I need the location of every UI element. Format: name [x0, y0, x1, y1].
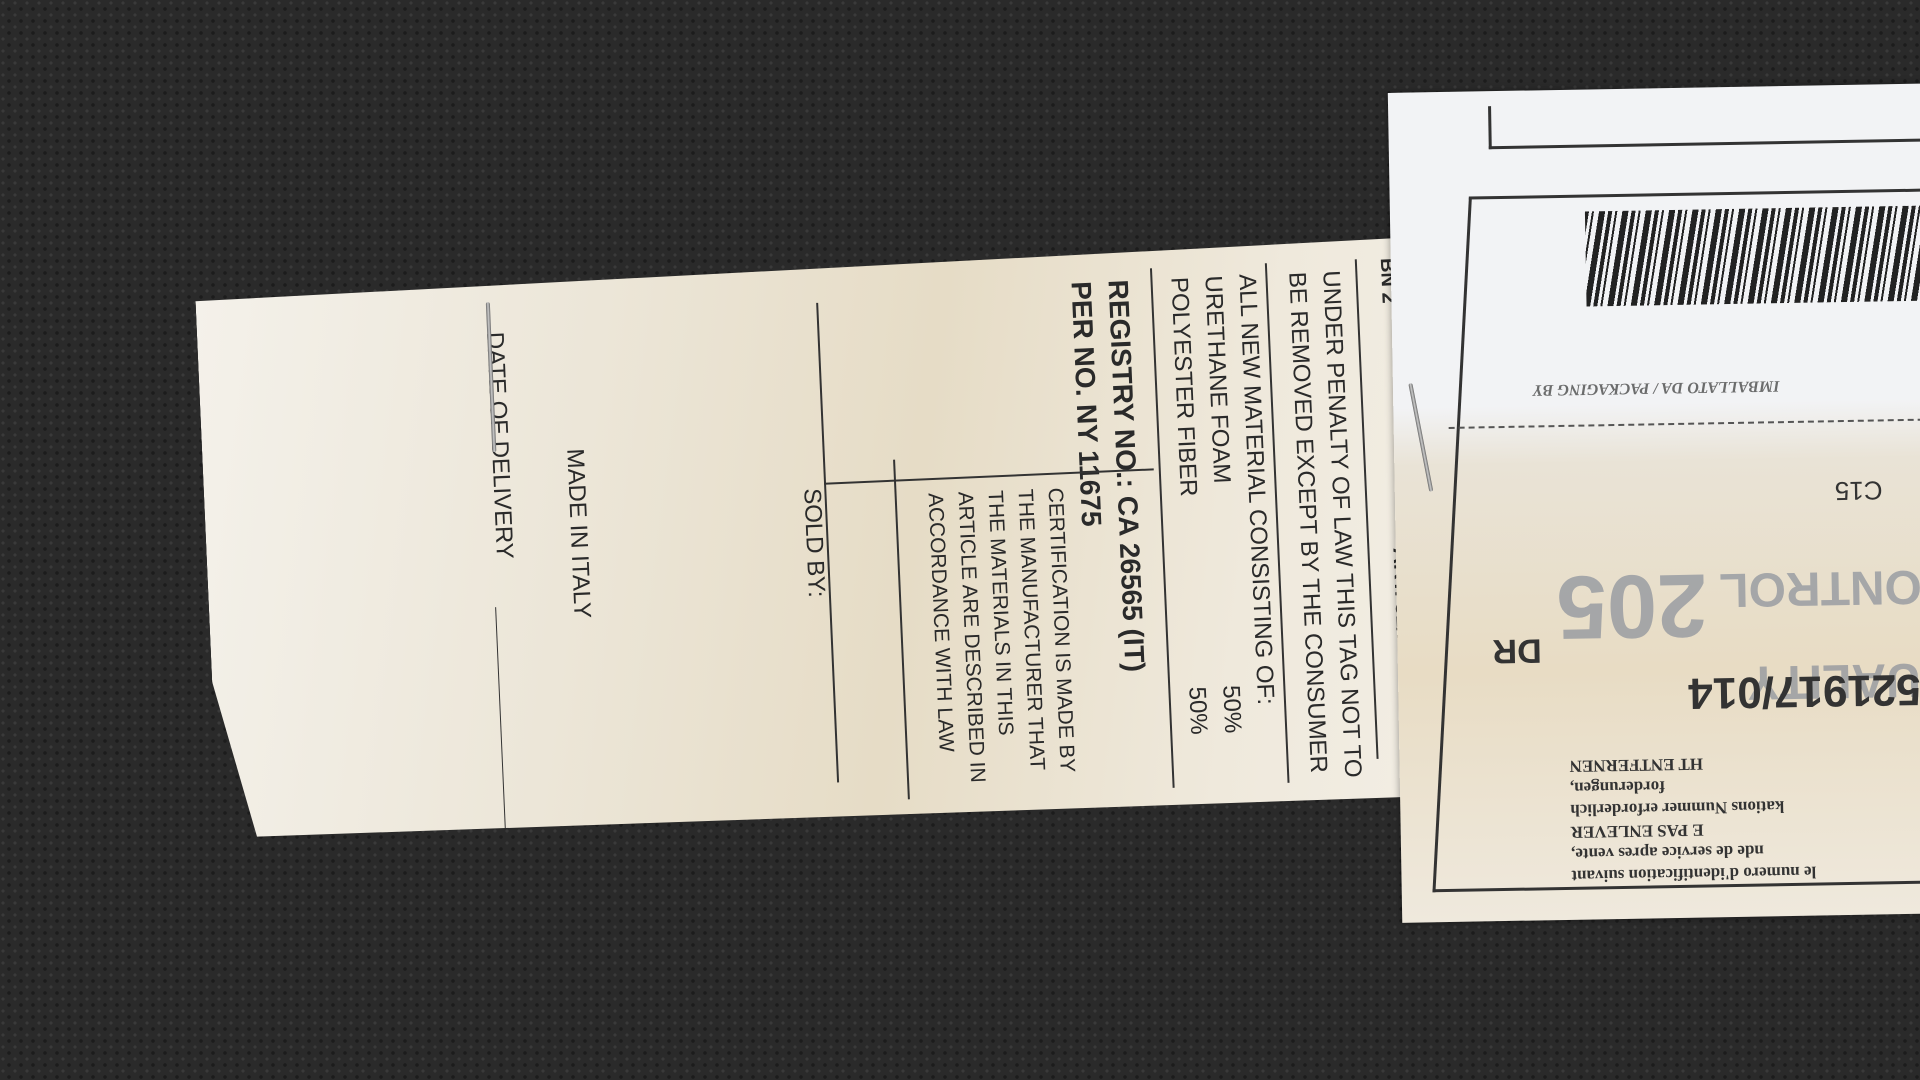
- sold-by-label: SOLD BY:: [794, 488, 833, 599]
- notice-text: le numero d'identification suivant nde d…: [1569, 749, 1920, 887]
- stamp-number: 205: [1556, 554, 1708, 657]
- material-percent: 50%: [1213, 684, 1249, 733]
- barcode-graphic: [1585, 205, 1920, 307]
- barcode-tag: IMBALLATO DA / PACKAGING BY C15 QUALITY …: [1388, 83, 1920, 923]
- registry-number: REGISTRY NO.: CA 26565 (IT): [1100, 279, 1151, 673]
- certification-block: CERTIFICATION IS MADE BY THE MANUFACTURE…: [195, 235, 1464, 290]
- label-frame: [1488, 98, 1920, 149]
- law-tag: Cod. 119000557 BN 2 ART. 31/MOD UNDER PE…: [195, 235, 1488, 850]
- staple-icon: [1408, 383, 1433, 492]
- material-percent: 50%: [1179, 686, 1215, 735]
- serial-number: 521917/014: [1688, 664, 1920, 718]
- photo-scene: Cod. 119000557 BN 2 ART. 31/MOD UNDER PE…: [0, 0, 1920, 1080]
- stamp-initials: DR: [1492, 630, 1542, 670]
- date-of-delivery-label: DATE OF DELIVERY: [477, 331, 521, 559]
- origin-label: MADE IN ITALY: [557, 448, 598, 619]
- signature-line: [495, 607, 506, 847]
- materials-list: URETHANE FOAM 50% POLYESTER FIBER 50%: [195, 235, 1464, 290]
- divider: [893, 460, 910, 800]
- c-code: C15: [1835, 474, 1883, 506]
